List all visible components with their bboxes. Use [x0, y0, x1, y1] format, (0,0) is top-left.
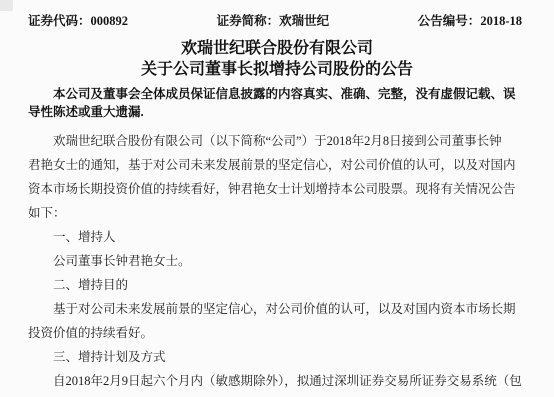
section-1-heading: 一、增持人: [28, 225, 526, 249]
section-2-heading: 二、增持目的: [28, 273, 526, 297]
document-header: 证券代码：000892 证券简称：欢瑞世纪 公告编号：2018-18: [0, 0, 554, 29]
announcement-document: 证券代码：000892 证券简称：欢瑞世纪 公告编号：2018-18 欢瑞世纪联…: [0, 0, 554, 397]
section-1-paragraph: 公司董事长钟君艳女士。: [28, 249, 526, 273]
stock-code: 证券代码：000892: [28, 13, 128, 29]
document-title: 欢瑞世纪联合股份有限公司: [0, 38, 554, 59]
document-title-block: 欢瑞世纪联合股份有限公司 关于公司董事长拟增持公司股份的公告: [0, 38, 554, 80]
stock-code-value: 000892: [91, 14, 129, 28]
scan-corner-artifact: [0, 0, 13, 11]
announcement-no-value: 2018-18: [480, 14, 522, 28]
intro-paragraph: 欢瑞世纪联合股份有限公司（以下简称“公司”）于2018年2月8日接到公司董事长钟…: [28, 129, 526, 225]
announcement-no: 公告编号：2018-18: [418, 13, 522, 29]
stock-abbr-label: 证券简称：: [217, 14, 280, 28]
document-body: 欢瑞世纪联合股份有限公司（以下简称“公司”）于2018年2月8日接到公司董事长钟…: [28, 129, 526, 393]
section-3-heading: 三、增持计划及方式: [28, 345, 526, 369]
section-3-paragraph: 自2018年2月9日起六个月内（敏感期除外），拟通过深圳证券交易所证券交易系统（…: [28, 369, 526, 393]
stock-abbr-value: 欢瑞世纪: [279, 14, 329, 28]
announcement-no-label: 公告编号：: [418, 14, 481, 28]
section-2-paragraph: 基于对公司未来发展前景的坚定信心，对公司价值的认可，以及对国内资本市场长期 投资…: [28, 297, 526, 345]
document-subtitle: 关于公司董事长拟增持公司股份的公告: [0, 59, 554, 80]
stock-code-label: 证券代码：: [28, 14, 91, 28]
disclaimer-statement: 本公司及董事会全体成员保证信息披露的内容真实、准确、完整，没有虚假记载、误 导性…: [28, 85, 526, 121]
stock-abbr: 证券简称：欢瑞世纪: [217, 13, 330, 29]
